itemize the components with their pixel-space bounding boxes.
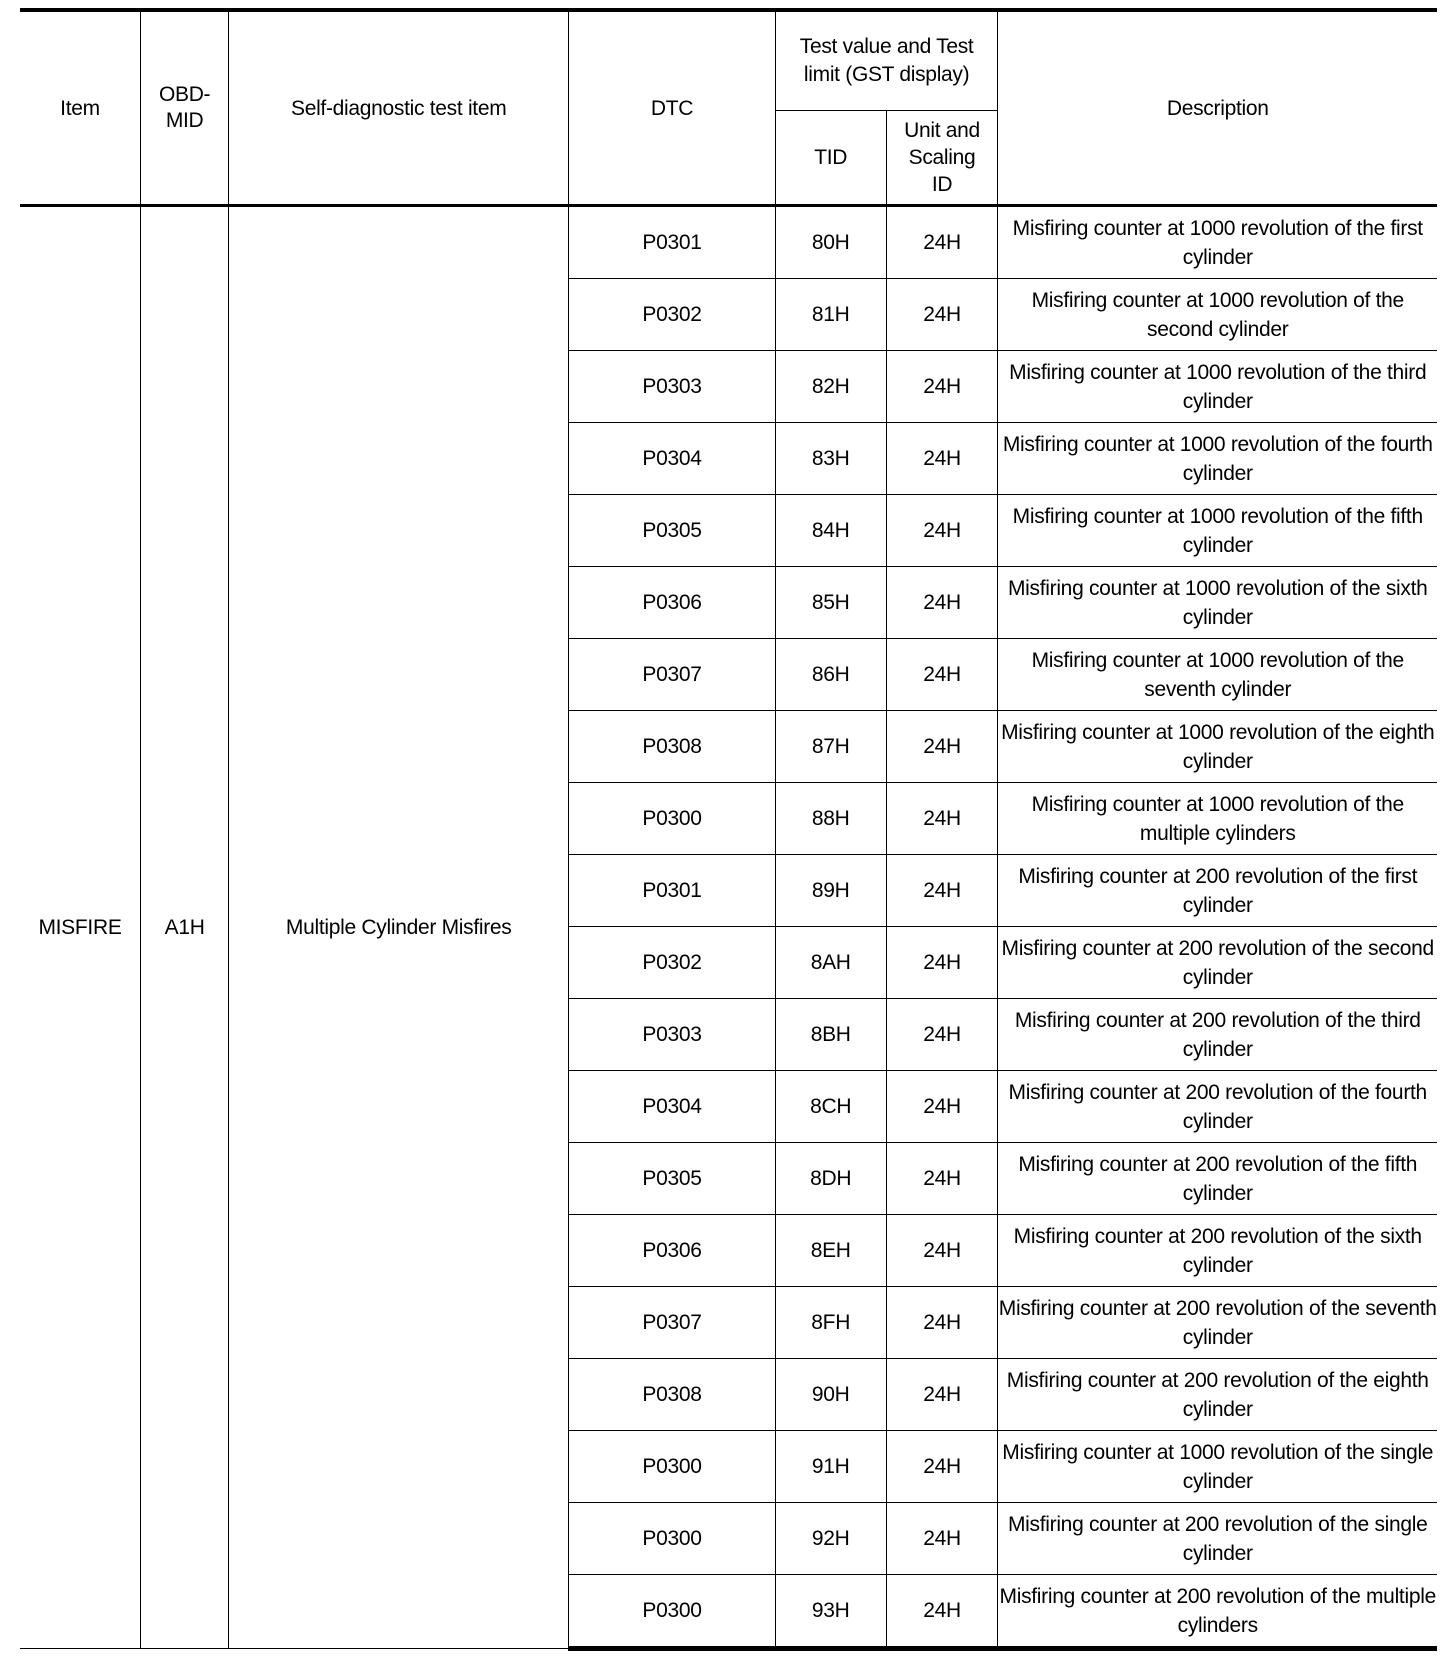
dtc-cell: P0300 <box>569 1503 776 1575</box>
dtc-cell: P0303 <box>569 351 776 423</box>
description-cell: Misfiring counter at 200 revolution of t… <box>998 1215 1437 1287</box>
description-cell: Misfiring counter at 1000 revolution of … <box>998 783 1437 855</box>
unit-scaling-id-cell: 24H <box>886 1143 998 1215</box>
header-unit-scaling-id: Unit and Scaling ID <box>886 111 998 206</box>
tid-cell: 93H <box>775 1575 886 1649</box>
tid-cell: 8BH <box>775 999 886 1071</box>
dtc-cell: P0308 <box>569 711 776 783</box>
unit-scaling-id-cell: 24H <box>886 999 998 1071</box>
header-dtc: DTC <box>569 10 776 206</box>
header-description: Description <box>998 10 1437 206</box>
description-cell: Misfiring counter at 1000 revolution of … <box>998 351 1437 423</box>
self-diagnostic-test-item-cell: Multiple Cylinder Misfires <box>229 206 569 1649</box>
dtc-cell: P0306 <box>569 1215 776 1287</box>
tid-cell: 86H <box>775 639 886 711</box>
header-obd-mid: OBD-MID <box>141 10 229 206</box>
unit-scaling-id-cell: 24H <box>886 1431 998 1503</box>
tid-cell: 83H <box>775 423 886 495</box>
header-obd-mid-text: OBD-MID <box>155 82 215 134</box>
table-body: MISFIREA1HMultiple Cylinder MisfiresP030… <box>20 206 1437 1649</box>
tid-cell: 8AH <box>775 927 886 999</box>
header-test-value-group: Test value and Test limit (GST display) <box>775 10 998 111</box>
unit-scaling-id-cell: 24H <box>886 206 998 279</box>
description-cell: Misfiring counter at 1000 revolution of … <box>998 495 1437 567</box>
description-cell: Misfiring counter at 200 revolution of t… <box>998 1359 1437 1431</box>
dtc-cell: P0300 <box>569 1575 776 1649</box>
tid-cell: 87H <box>775 711 886 783</box>
tid-cell: 89H <box>775 855 886 927</box>
tid-cell: 8DH <box>775 1143 886 1215</box>
tid-cell: 88H <box>775 783 886 855</box>
dtc-cell: P0301 <box>569 855 776 927</box>
dtc-cell: P0301 <box>569 206 776 279</box>
unit-scaling-id-cell: 24H <box>886 1215 998 1287</box>
unit-scaling-id-cell: 24H <box>886 423 998 495</box>
unit-scaling-id-cell: 24H <box>886 1575 998 1649</box>
dtc-cell: P0302 <box>569 927 776 999</box>
dtc-cell: P0300 <box>569 1431 776 1503</box>
unit-scaling-id-cell: 24H <box>886 927 998 999</box>
description-cell: Misfiring counter at 200 revolution of t… <box>998 927 1437 999</box>
dtc-cell: P0305 <box>569 1143 776 1215</box>
dtc-cell: P0307 <box>569 1287 776 1359</box>
dtc-cell: P0304 <box>569 423 776 495</box>
description-cell: Misfiring counter at 1000 revolution of … <box>998 206 1437 279</box>
unit-scaling-id-cell: 24H <box>886 783 998 855</box>
obd-mid-table: Item OBD-MID Self-diagnostic test item D… <box>20 8 1437 1651</box>
tid-cell: 91H <box>775 1431 886 1503</box>
tid-cell: 80H <box>775 206 886 279</box>
description-cell: Misfiring counter at 200 revolution of t… <box>998 1575 1437 1649</box>
obd-mid-cell: A1H <box>141 206 229 1649</box>
unit-scaling-id-cell: 24H <box>886 1071 998 1143</box>
header-tid: TID <box>775 111 886 206</box>
dtc-cell: P0300 <box>569 783 776 855</box>
unit-scaling-id-cell: 24H <box>886 855 998 927</box>
tid-cell: 8CH <box>775 1071 886 1143</box>
description-cell: Misfiring counter at 1000 revolution of … <box>998 1431 1437 1503</box>
header-test-value-group-text: Test value and Test limit (GST display) <box>792 33 982 89</box>
table-row: MISFIREA1HMultiple Cylinder MisfiresP030… <box>20 206 1437 279</box>
unit-scaling-id-cell: 24H <box>886 639 998 711</box>
dtc-cell: P0305 <box>569 495 776 567</box>
tid-cell: 8FH <box>775 1287 886 1359</box>
description-cell: Misfiring counter at 200 revolution of t… <box>998 1503 1437 1575</box>
description-cell: Misfiring counter at 1000 revolution of … <box>998 279 1437 351</box>
unit-scaling-id-cell: 24H <box>886 495 998 567</box>
unit-scaling-id-cell: 24H <box>886 1359 998 1431</box>
tid-cell: 84H <box>775 495 886 567</box>
unit-scaling-id-cell: 24H <box>886 711 998 783</box>
tid-cell: 90H <box>775 1359 886 1431</box>
description-cell: Misfiring counter at 1000 revolution of … <box>998 639 1437 711</box>
unit-scaling-id-cell: 24H <box>886 1503 998 1575</box>
dtc-cell: P0308 <box>569 1359 776 1431</box>
description-cell: Misfiring counter at 200 revolution of t… <box>998 855 1437 927</box>
tid-cell: 81H <box>775 279 886 351</box>
table-header: Item OBD-MID Self-diagnostic test item D… <box>20 10 1437 206</box>
tid-cell: 85H <box>775 567 886 639</box>
dtc-cell: P0303 <box>569 999 776 1071</box>
description-cell: Misfiring counter at 200 revolution of t… <box>998 1071 1437 1143</box>
header-item: Item <box>20 10 141 206</box>
description-cell: Misfiring counter at 1000 revolution of … <box>998 567 1437 639</box>
description-cell: Misfiring counter at 200 revolution of t… <box>998 1143 1437 1215</box>
description-cell: Misfiring counter at 1000 revolution of … <box>998 423 1437 495</box>
header-self-diagnostic-test-item: Self-diagnostic test item <box>229 10 569 206</box>
header-unit-scaling-id-text: Unit and Scaling ID <box>900 117 984 198</box>
tid-cell: 92H <box>775 1503 886 1575</box>
dtc-cell: P0304 <box>569 1071 776 1143</box>
unit-scaling-id-cell: 24H <box>886 279 998 351</box>
unit-scaling-id-cell: 24H <box>886 1287 998 1359</box>
tid-cell: 8EH <box>775 1215 886 1287</box>
description-cell: Misfiring counter at 1000 revolution of … <box>998 711 1437 783</box>
unit-scaling-id-cell: 24H <box>886 567 998 639</box>
dtc-cell: P0302 <box>569 279 776 351</box>
description-cell: Misfiring counter at 200 revolution of t… <box>998 999 1437 1071</box>
description-cell: Misfiring counter at 200 revolution of t… <box>998 1287 1437 1359</box>
unit-scaling-id-cell: 24H <box>886 351 998 423</box>
tid-cell: 82H <box>775 351 886 423</box>
item-cell: MISFIRE <box>20 206 141 1649</box>
dtc-cell: P0306 <box>569 567 776 639</box>
dtc-cell: P0307 <box>569 639 776 711</box>
